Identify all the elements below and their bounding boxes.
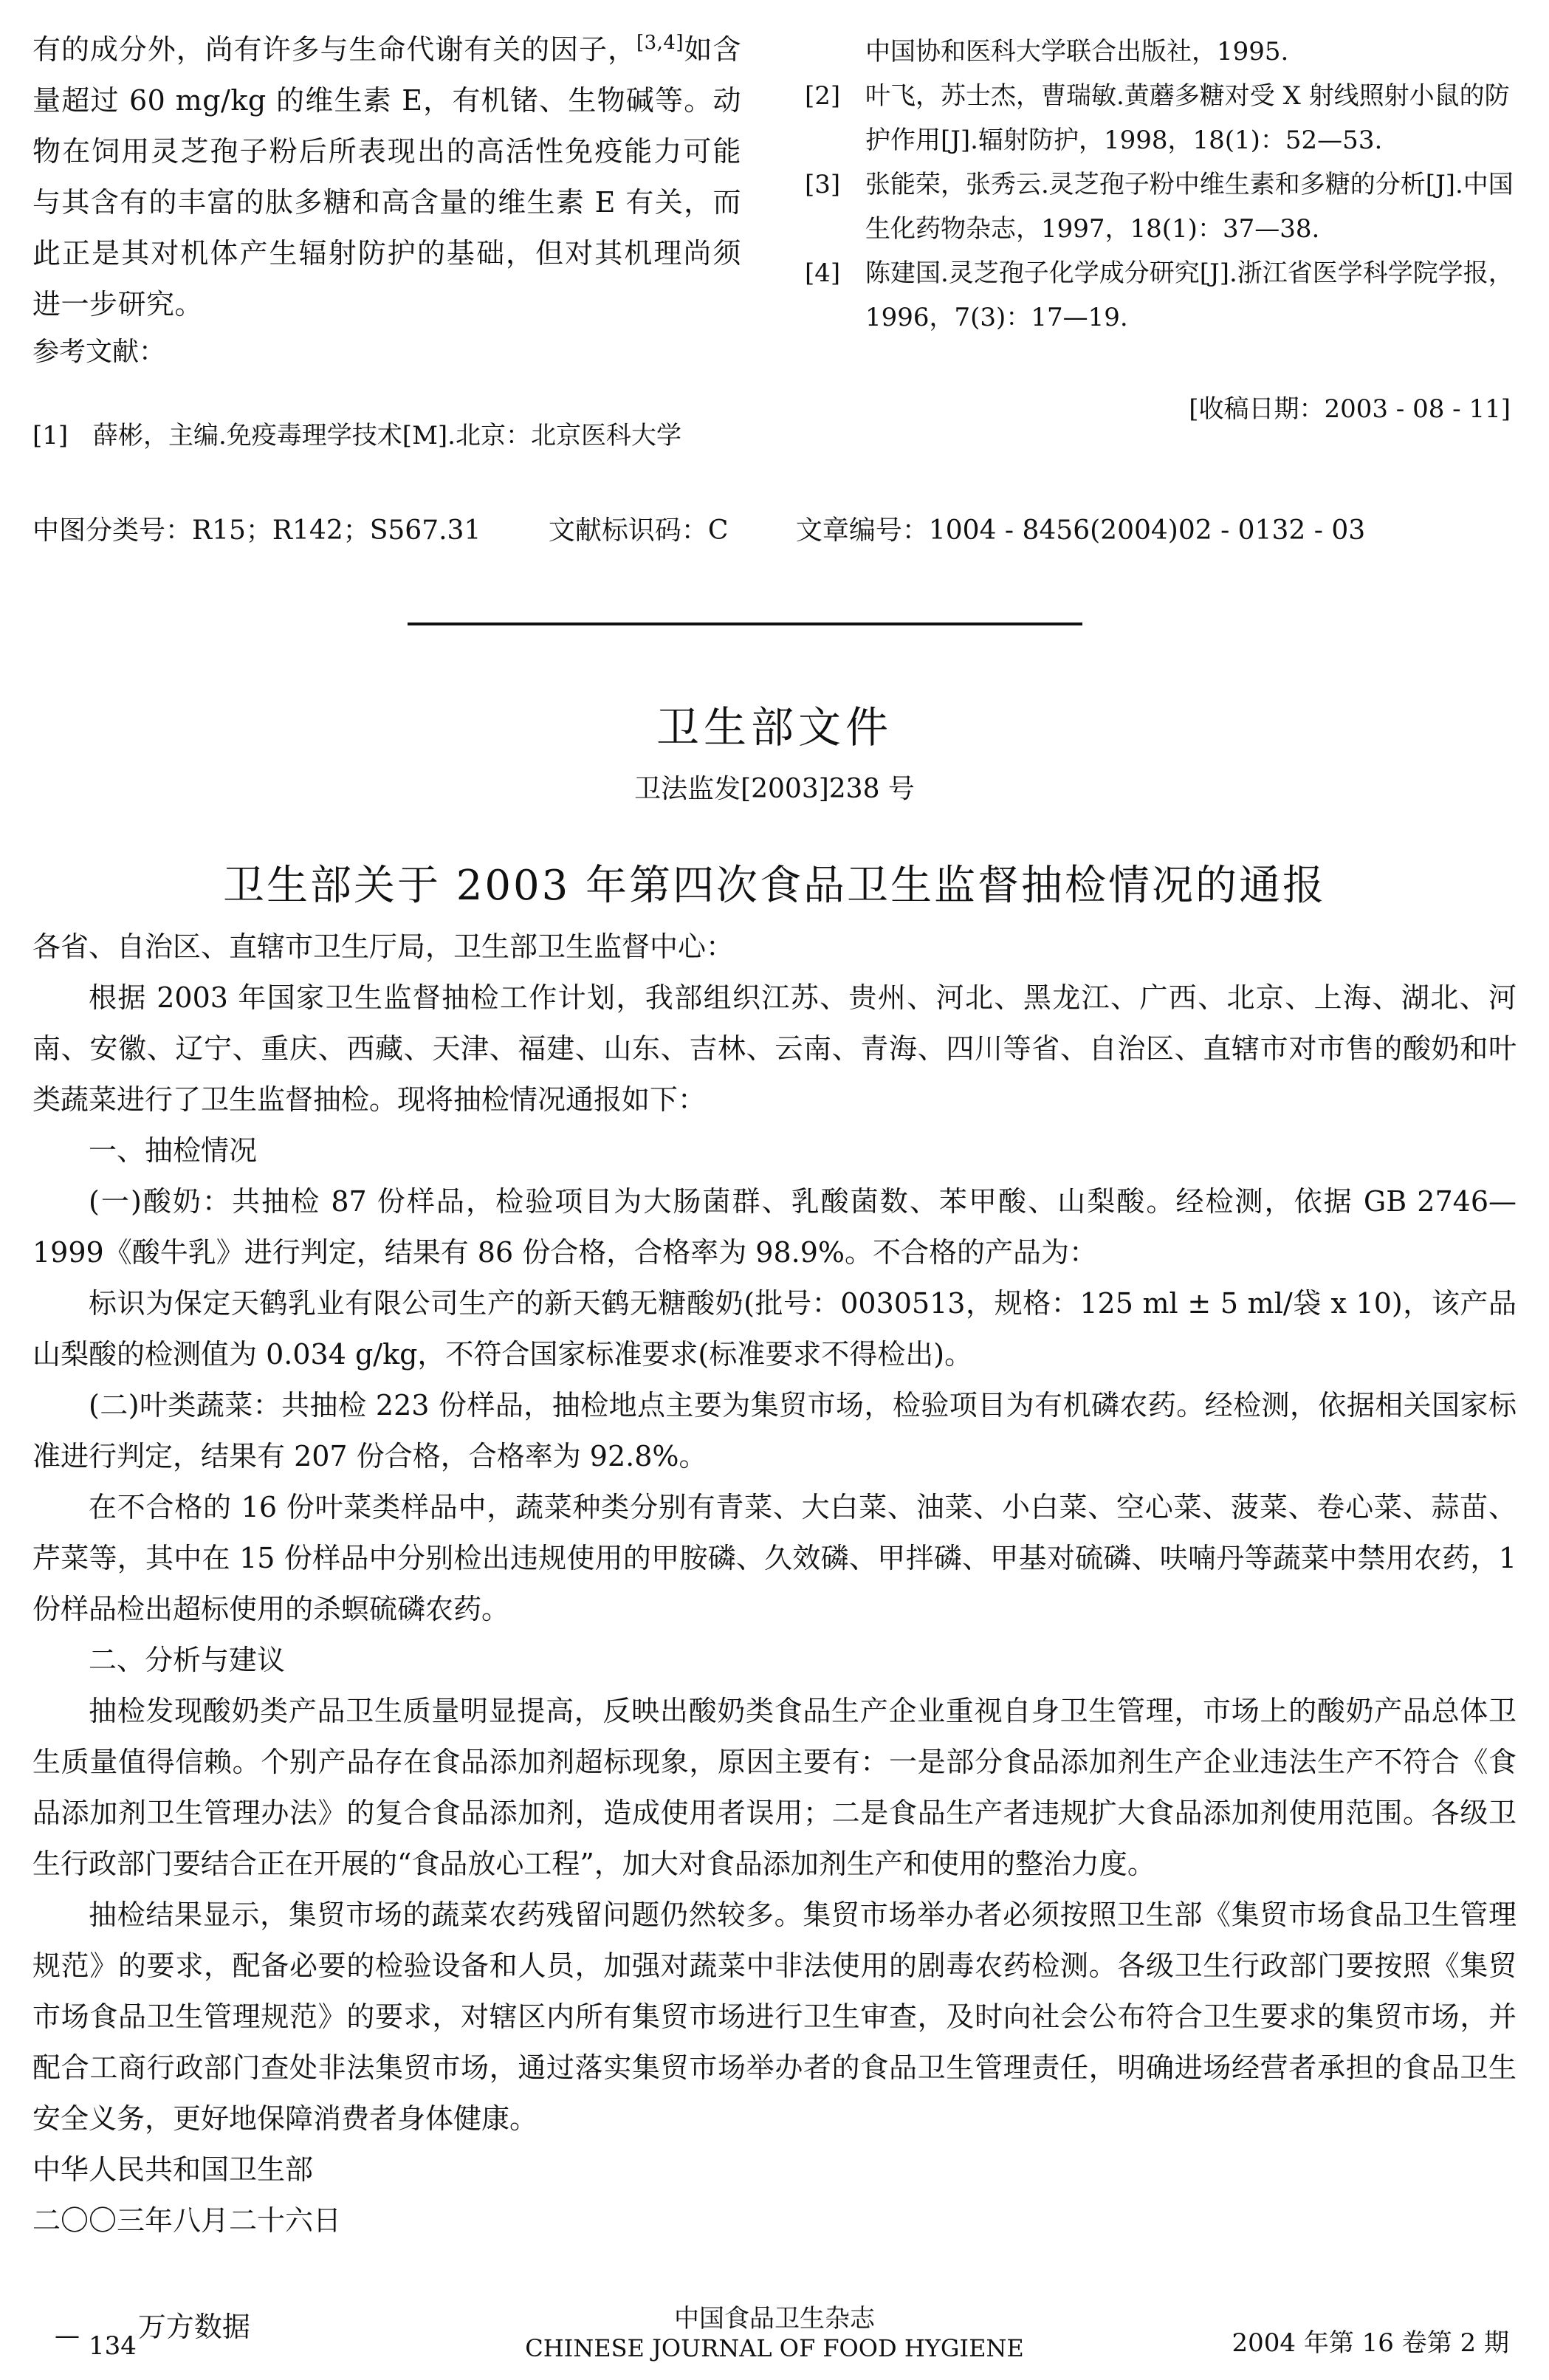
- footer-issue: 2004 年第 16 卷第 2 期: [1232, 2322, 1509, 2359]
- paragraph-text-start: 有的成分外，尚有许多与生命代谢有关的因子，: [32, 33, 636, 66]
- reference-text: 薛彬，主编.免疫毒理学技术[M].北京：北京医科大学: [93, 414, 741, 458]
- body-paragraph: 抽检发现酸奶类产品卫生质量明显提高，反映出酸奶类食品生产企业重视自身卫生管理，市…: [32, 1686, 1517, 1890]
- section-divider: [408, 623, 1082, 625]
- reference-number: [1]: [32, 414, 93, 458]
- body-paragraph: 根据 2003 年国家卫生监督抽检工作计划，我部组织江苏、贵州、河北、黑龙江、广…: [32, 973, 1517, 1125]
- body-paragraph: 抽检结果显示，集贸市场的蔬菜农药残留问题仍然较多。集贸市场举办者必须按照卫生部《…: [32, 1890, 1517, 2144]
- signature-organization: 中华人民共和国卫生部: [32, 2144, 1517, 2195]
- reference-number: [4]: [805, 251, 865, 340]
- document-header-title: 卫生部文件: [0, 693, 1549, 755]
- notice-body: 各省、自治区、直辖市卫生厅局，卫生部卫生监督中心： 根据 2003 年国家卫生监…: [32, 922, 1517, 2246]
- reference-item-2: [2] 叶飞，苏士杰，曹瑞敏.黄蘑多糖对受 X 射线照射小鼠的防护作用[J].辐…: [805, 74, 1514, 162]
- references-right-column: 中国协和医科大学联合出版社，1995. [2] 叶飞，苏士杰，曹瑞敏.黄蘑多糖对…: [805, 30, 1514, 340]
- body-paragraph: (二)叶类蔬菜：共抽检 223 份样品，抽检地点主要为集贸市场，检验项目为有机磷…: [32, 1380, 1517, 1482]
- paragraph-text-rest: 如含量超过 60 mg/kg 的维生素 E，有机锗、生物碱等。动物在饲用灵芝孢子…: [32, 33, 741, 320]
- citation-superscript: [3,4]: [636, 32, 684, 54]
- article-closing-paragraph: 有的成分外，尚有许多与生命代谢有关的因子，[3,4]如含量超过 60 mg/kg…: [32, 18, 741, 330]
- reference-item-3: [3] 张能荣，张秀云.灵芝孢子粉中维生素和多糖的分析[J].中国生化药物杂志，…: [805, 162, 1514, 251]
- body-paragraph: 在不合格的 16 份叶菜类样品中，蔬菜种类分别有青菜、大白菜、油菜、小白菜、空心…: [32, 1482, 1517, 1635]
- reference-text: 陈建国.灵芝孢子化学成分研究[J].浙江省医学科学院学报，1996，7(3)：1…: [865, 251, 1514, 340]
- section-heading: 一、抽检情况: [32, 1125, 1517, 1176]
- signature-date: 二〇〇三年八月二十六日: [32, 2195, 1517, 2246]
- salutation: 各省、自治区、直辖市卫生厅局，卫生部卫生监督中心：: [32, 922, 1517, 973]
- received-date: [收稿日期：2003 - 08 - 11]: [1189, 388, 1511, 425]
- clc-number: 中图分类号：R15；R142；S567.31: [32, 515, 481, 546]
- document-number: 卫法监发[2003]238 号: [0, 768, 1549, 806]
- body-paragraph: (一)酸奶：共抽检 87 份样品，检验项目为大肠菌群、乳酸菌数、苯甲酸、山梨酸。…: [32, 1176, 1517, 1278]
- reference-1-continuation: 中国协和医科大学联合出版社，1995.: [805, 30, 1514, 74]
- reference-number: [3]: [805, 162, 865, 251]
- notice-title: 卫生部关于 2003 年第四次食品卫生监督抽检情况的通报: [0, 853, 1549, 912]
- classification-line: 中图分类号：R15；R142；S567.31 文献标识码：C 文章编号：1004…: [32, 510, 1424, 547]
- reference-item-1: [1] 薛彬，主编.免疫毒理学技术[M].北京：北京医科大学: [32, 414, 741, 458]
- reference-item-4: [4] 陈建国.灵芝孢子化学成分研究[J].浙江省医学科学院学报，1996，7(…: [805, 251, 1514, 340]
- document-code: 文献标识码：C: [549, 515, 729, 546]
- article-number: 文章编号：1004 - 8456(2004)02 - 0132 - 03: [796, 515, 1365, 546]
- reference-number: [2]: [805, 74, 865, 162]
- reference-text: 叶飞，苏士杰，曹瑞敏.黄蘑多糖对受 X 射线照射小鼠的防护作用[J].辐射防护，…: [865, 74, 1514, 162]
- section-heading: 二、分析与建议: [32, 1635, 1517, 1686]
- reference-text: 张能荣，张秀云.灵芝孢子粉中维生素和多糖的分析[J].中国生化药物杂志，1997…: [865, 162, 1514, 251]
- previous-article-left-column: 有的成分外，尚有许多与生命代谢有关的因子，[3,4]如含量超过 60 mg/kg…: [32, 18, 741, 330]
- body-paragraph: 标识为保定天鹤乳业有限公司生产的新天鹤无糖酸奶(批号：0030513，规格：12…: [32, 1278, 1517, 1380]
- references-heading: 参考文献：: [32, 331, 165, 368]
